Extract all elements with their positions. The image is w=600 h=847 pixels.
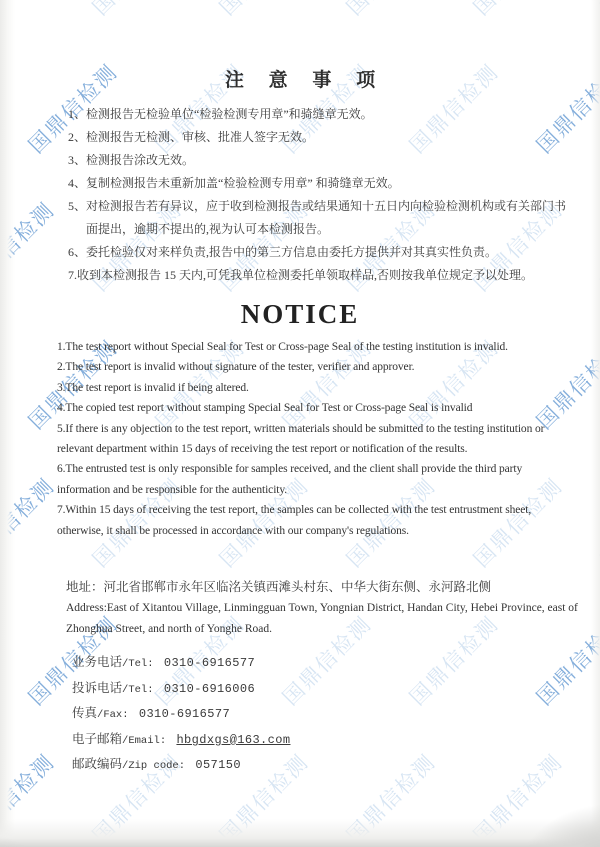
cn-notice-item-5-cont: 面提出，逾期不提出的,视为认可本检测报告。 [68,218,552,241]
contact-row-3: 传真/Fax: 0310-6916577 [72,703,600,729]
contact-row-1: 业务电话/Tel: 0310-6916577 [72,652,600,678]
cn-notice-item-7: 7.收到本检测报告 15 天内,可凭我单位检测委托单领取样品,否则按我单位规定予… [68,264,552,287]
en-notice-item-3: 3.The test report is invalid if being al… [57,378,560,398]
page-title-english: NOTICE [0,299,600,329]
address-block: 地址：河北省邯郸市永年区临洺关镇西滩头村东、中华大街东侧、永河路北侧 Addre… [66,577,560,638]
en-notice-item-4: 4.The copied test report without stampin… [57,398,560,418]
contact-row-4: 电子邮箱/Email: hbgdxgs@163.com [72,729,600,755]
contact-value: 0310-6916577 [135,707,230,721]
en-notice-item-6-cont: information and be responsible for the a… [57,480,560,500]
contact-label-cn: 邮政编码 [72,757,122,771]
address-english: Address:East of Xitantou Village, Linmin… [66,600,560,638]
address-english-line-2: Zhonghua Street, and north of Yonghe Roa… [66,621,560,639]
en-notice-item-7: 7.Within 15 days of receiving the test r… [57,500,560,520]
cn-notice-item-1: 1、检测报告无检验单位“检验检测专用章”和骑缝章无效。 [68,103,552,126]
contact-value: 0310-6916006 [160,682,255,696]
cn-notice-item-4: 4、复制检测报告未重新加盖“检验检测专用章” 和骑缝章无效。 [68,172,552,195]
chinese-notice-list: 1、检测报告无检验单位“检验检测专用章”和骑缝章无效。2、检测报告无检测、审核、… [68,103,552,287]
contact-label-cn: 传真 [72,706,97,720]
en-notice-item-7-cont: otherwise, it shall be processed in acco… [57,521,560,541]
cn-notice-item-2: 2、检测报告无检测、审核、批准人签字无效。 [68,126,552,149]
contact-label-en: Fax: [103,709,135,721]
en-notice-item-2: 2.The test report is invalid without sig… [57,357,560,377]
contact-label-cn: 业务电话 [72,655,122,669]
en-notice-item-5-cont: relevant department within 15 days of re… [57,439,560,459]
address-english-line-1: Address:East of Xitantou Village, Linmin… [66,600,560,618]
en-notice-item-5: 5.If there is any objection to the test … [57,419,560,439]
page-content: 注 意 事 项 1、检测报告无检验单位“检验检测专用章”和骑缝章无效。2、检测报… [0,0,600,847]
contact-label-en: Tel: [128,658,160,670]
contact-list: 业务电话/Tel: 0310-6916577投诉电话/Tel: 0310-691… [72,652,600,780]
en-notice-item-1: 1.The test report without Special Seal f… [57,337,560,357]
cn-notice-item-3: 3、检测报告涂改无效。 [68,149,552,172]
contact-value: hbgdxgs@163.com [172,733,290,747]
contact-label-cn: 投诉电话 [72,681,122,695]
en-notice-item-6: 6.The entrusted test is only responsible… [57,459,560,479]
contact-label-en: Email: [128,735,172,747]
contact-label-cn: 电子邮箱 [72,732,122,746]
contact-row-2: 投诉电话/Tel: 0310-6916006 [72,678,600,704]
contact-row-5: 邮政编码/Zip code: 057150 [72,754,600,780]
contact-label-en: Zip code: [128,760,191,772]
cn-notice-item-6: 6、委托检验仅对来样负责,报告中的第三方信息由委托方提供并对其真实性负责。 [68,241,552,264]
cn-notice-item-5: 5、对检测报告若有异议，应于收到检测报告或结果通知十五日内向检验检测机构或有关部… [68,195,552,218]
page-title-chinese: 注 意 事 项 [0,0,600,94]
english-notice-list: 1.The test report without Special Seal f… [57,337,560,541]
address-chinese: 地址：河北省邯郸市永年区临洺关镇西滩头村东、中华大街东侧、永河路北侧 [66,577,560,597]
contact-value: 0310-6916577 [160,656,255,670]
contact-value: 057150 [191,758,241,772]
notice-page: 国鼎信检测国鼎信检测国鼎信检测国鼎信检测国鼎信检测国鼎信检测国鼎信检测国鼎信检测… [0,0,600,847]
contact-label-en: Tel: [128,684,160,696]
